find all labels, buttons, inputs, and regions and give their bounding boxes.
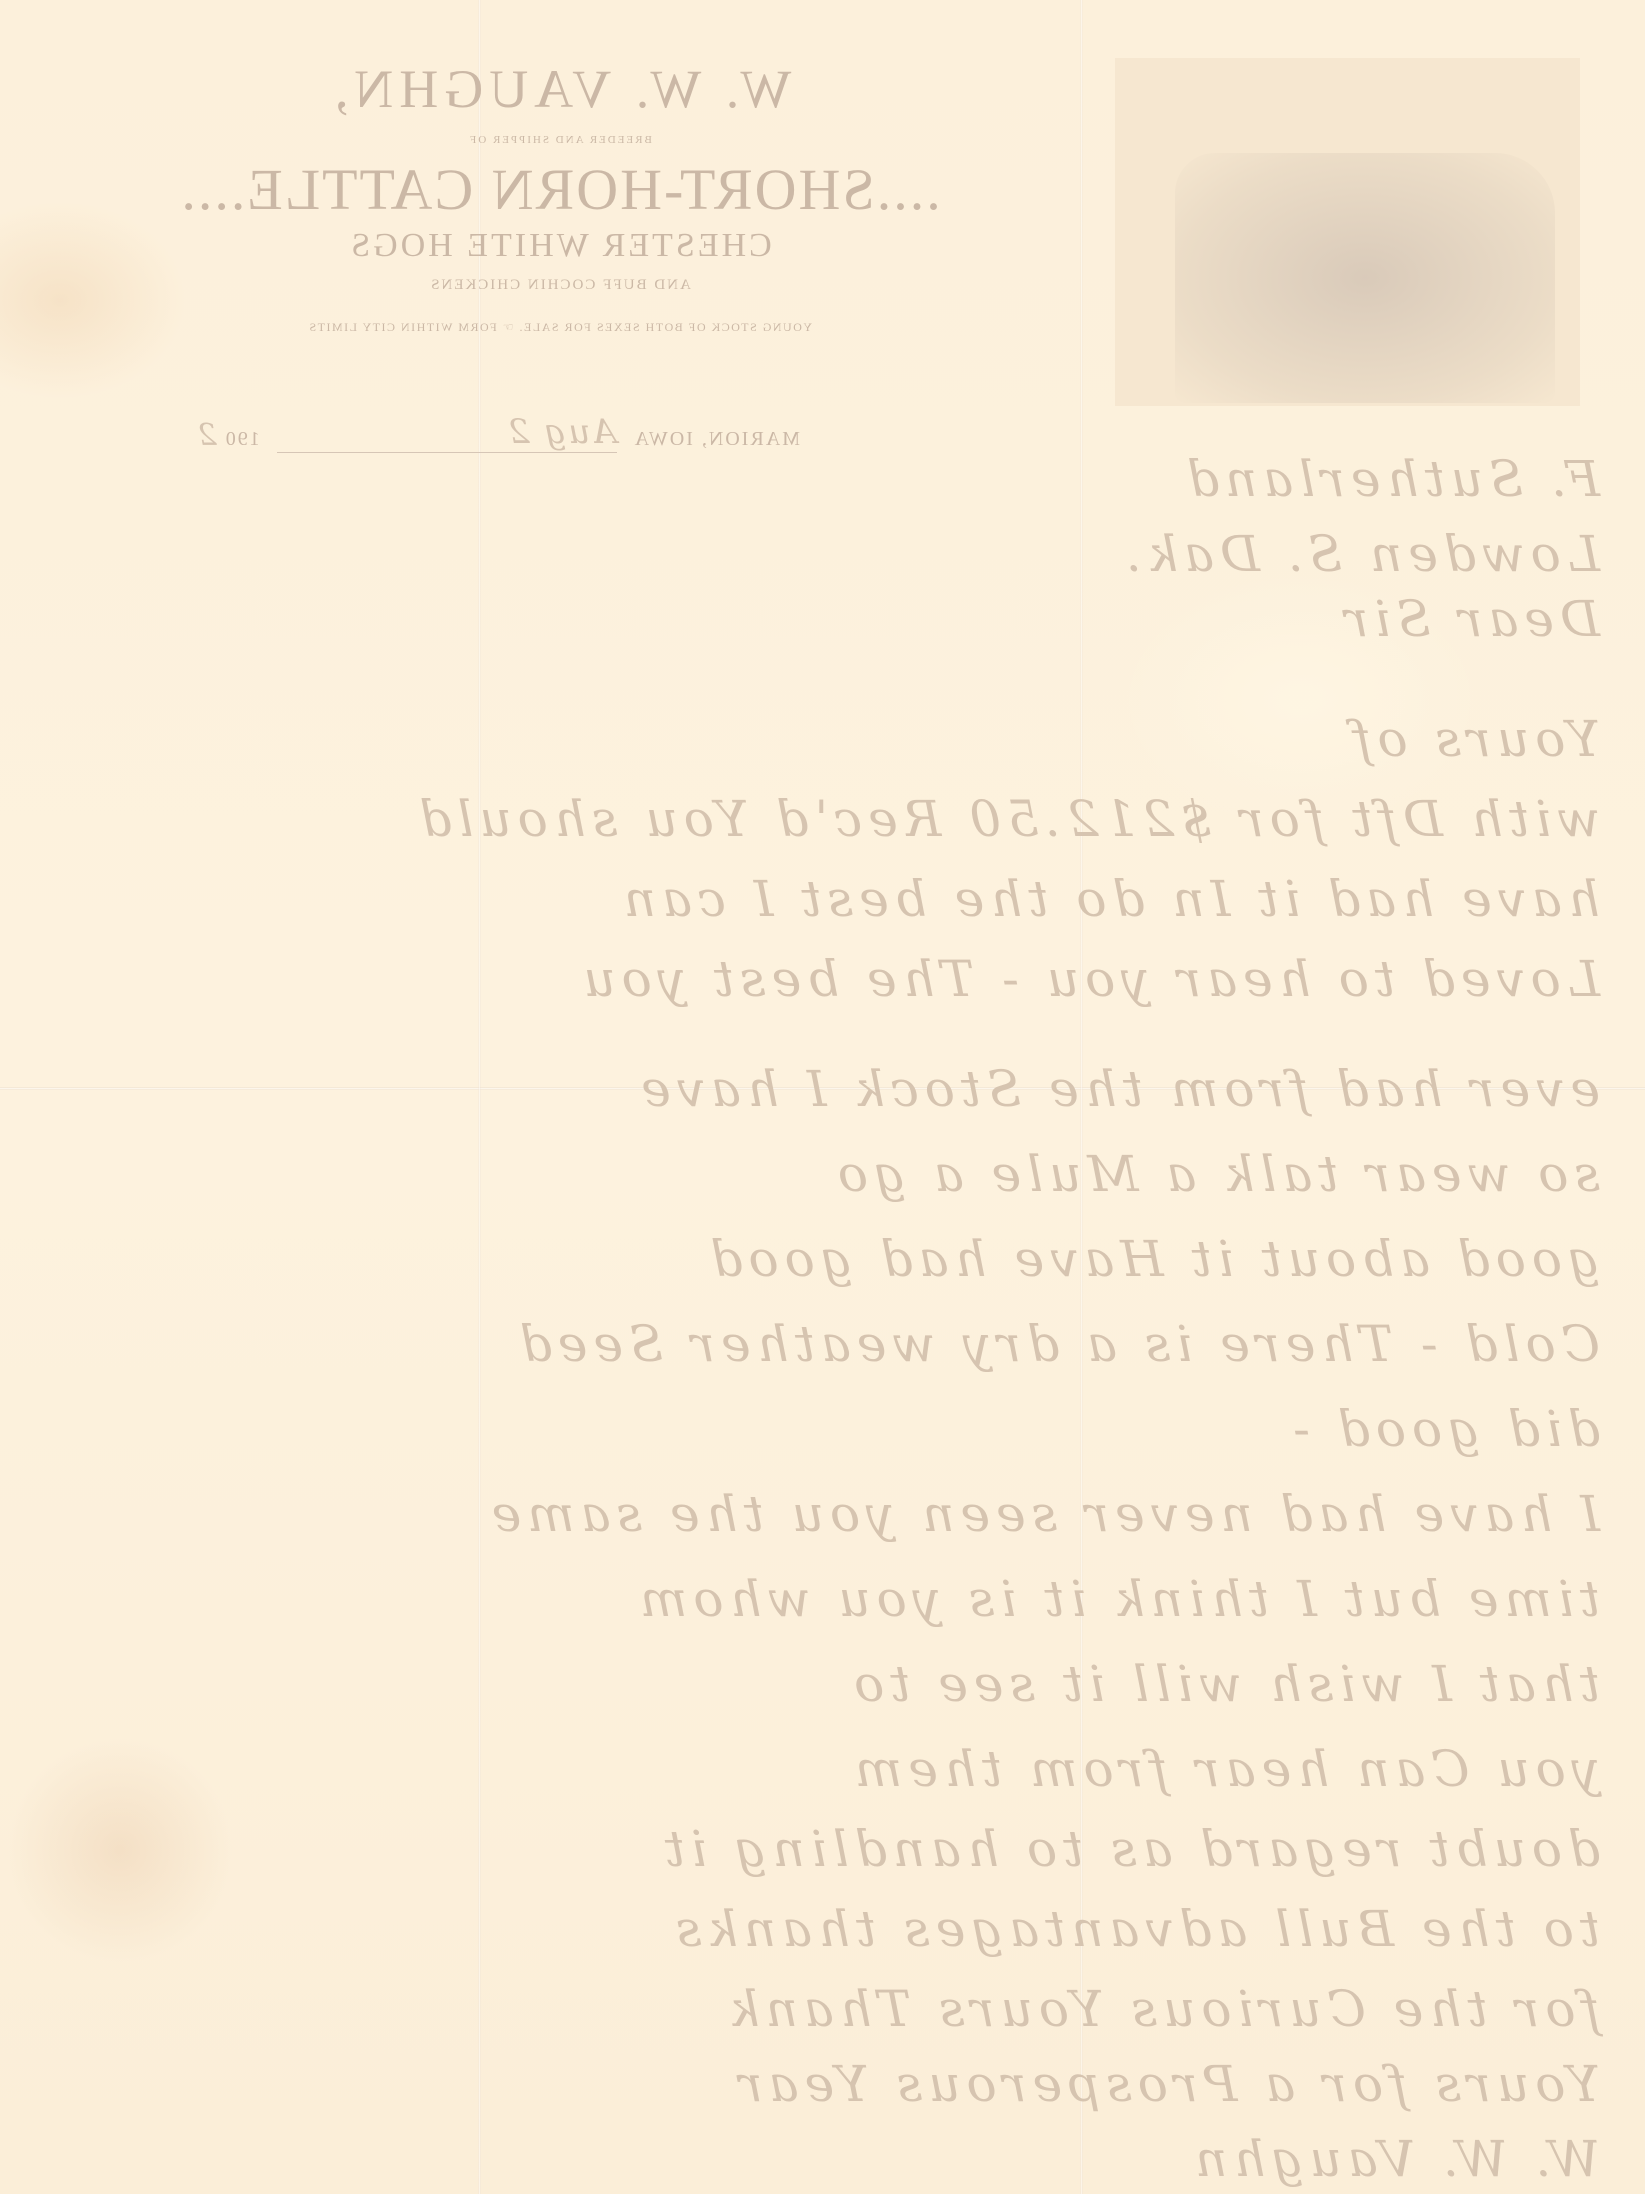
letterhead-dateline: MARION, IOWA Aug 2 190 2 (150, 412, 800, 453)
year-suffix: 2 (196, 418, 217, 453)
letterhead-subtitle: BREEDER AND SHIPPER OF (60, 134, 1060, 146)
handwritten-line: so wear talk a Mule a go (20, 1145, 1600, 1203)
handwritten-line: Loved to hear you - The best you (20, 950, 1600, 1008)
handwritten-line: did good - (20, 1400, 1600, 1458)
handwritten-line: have had it In do the best I can (20, 870, 1600, 928)
cattle-silhouette (1175, 153, 1555, 403)
handwritten-line: F. Sutherland (1040, 450, 1600, 508)
handwritten-line: I have had never seen you the same (20, 1485, 1600, 1543)
date-line: Aug 2 (277, 412, 617, 453)
year-prefix: 190 (224, 428, 260, 450)
handwritten-line: doubt regard as to handling it (20, 1820, 1600, 1878)
letterhead-chickens: AND BUFF COCHIN CHICKENS (60, 277, 1060, 294)
handwritten-line: ever had from the Stock I have (20, 1060, 1600, 1118)
handwritten-line: Dear Sir (640, 590, 1600, 648)
handwritten-line: to the Bull advantages thanks (20, 1900, 1600, 1958)
handwritten-line: Yours of (720, 710, 1600, 768)
handwritten-line: Cold - There is a dry weather Seed (20, 1315, 1600, 1373)
handwritten-line: time but I think it is you whom (20, 1570, 1600, 1628)
handwritten-line: for the Curious Yours Thank (20, 1980, 1600, 2038)
letterhead-main-title: ....SHORT-HORN CATTLE.... (60, 156, 1060, 223)
handwritten-line: with Dft for $212.50 Rec'd You should (20, 790, 1600, 848)
cattle-illustration (1115, 58, 1580, 406)
letterhead-name: W. W. VAUGHN, (60, 58, 1060, 120)
place: MARION, IOWA (634, 428, 800, 450)
handwritten-line: Lowden S. Dak. (640, 525, 1600, 583)
handwritten-line: you Can hear from them (20, 1740, 1600, 1798)
letterhead-hogs: CHESTER WHITE HOGS (60, 227, 1060, 265)
handwritten-line: W. W. Vaughn (20, 2130, 1600, 2188)
handwritten-line: Yours for a Prosperous Year (20, 2055, 1600, 2113)
handwritten-line: good about it Have had good (20, 1230, 1600, 1288)
handwritten-line: that I wish will it see to (20, 1655, 1600, 1713)
letterhead: W. W. VAUGHN, BREEDER AND SHIPPER OF ...… (60, 50, 1060, 335)
letterhead-stock-note: YOUNG STOCK OF BOTH SEXES FOR SALE. ☞ FO… (60, 320, 1060, 335)
